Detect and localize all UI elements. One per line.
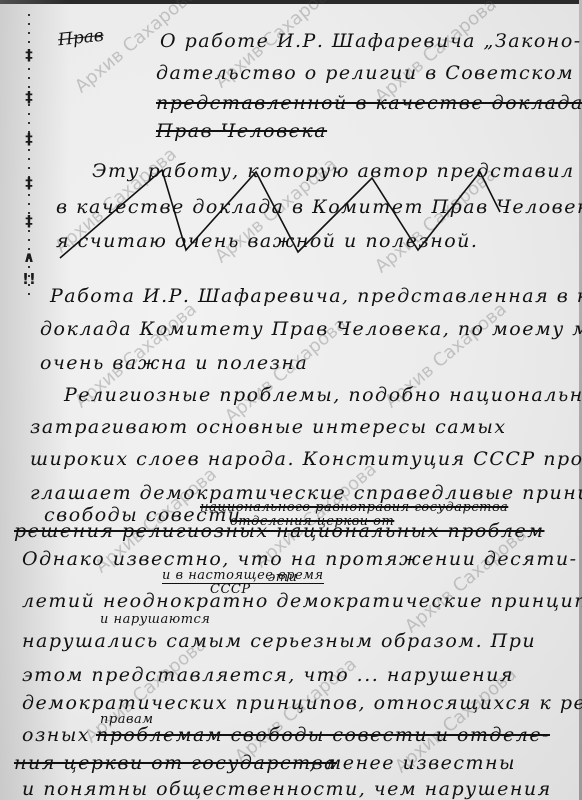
- paragraph-3-line-5: демократических принципов, относящихся к…: [22, 692, 582, 714]
- paragraph-3-line-7-struck: ния церкви от государства: [14, 752, 337, 774]
- manuscript-page: Архив Сахарова Архив Сахарова Архив Саха…: [0, 0, 582, 800]
- paragraph-3-line-3: нарушались самым серьезным образом. При: [22, 630, 536, 652]
- paragraph-2-line-1: Религиозные проблемы, подобно национальн…: [64, 384, 582, 406]
- paragraph-1-line-1: Работа И.Р. Шафаревича, представленная в…: [50, 285, 582, 307]
- paragraph-3-line-6-struck: проблемам свободы совести и отделе-: [96, 724, 550, 746]
- paragraph-3-line-4: этом представляется, что ... нарушения: [22, 664, 514, 686]
- paragraph-1-line-3: очень важна и полезна: [40, 352, 308, 374]
- paragraph-3-line-2: летий неоднократно демократические принц…: [22, 590, 582, 612]
- paragraph-3-line-6-start: озных: [22, 724, 90, 746]
- insert-eti: эти: [268, 570, 297, 585]
- paragraph-3-line-1: Однако известно, что на протяжении десят…: [22, 548, 578, 570]
- paragraph-3-line-8: и понятны общественности, чем нарушения: [22, 778, 552, 800]
- paragraph-2-line-2: затрагивают основные интересы самых: [30, 416, 507, 438]
- paragraph-2-line-5-struck: национального равноправия государства: [200, 500, 508, 515]
- paragraph-2-line-3: широких слоев народа. Конституция СССР п…: [30, 448, 582, 470]
- paragraph-2-line-6-struck: решения религиозных национальных проблем: [14, 520, 544, 542]
- insert-i-narushayutsya: и нарушаются: [100, 612, 210, 627]
- paragraph-1-line-2: доклада Комитету Прав Человека, по моему…: [40, 318, 582, 340]
- paragraph-3-line-7-end: ; менее известны: [310, 752, 516, 774]
